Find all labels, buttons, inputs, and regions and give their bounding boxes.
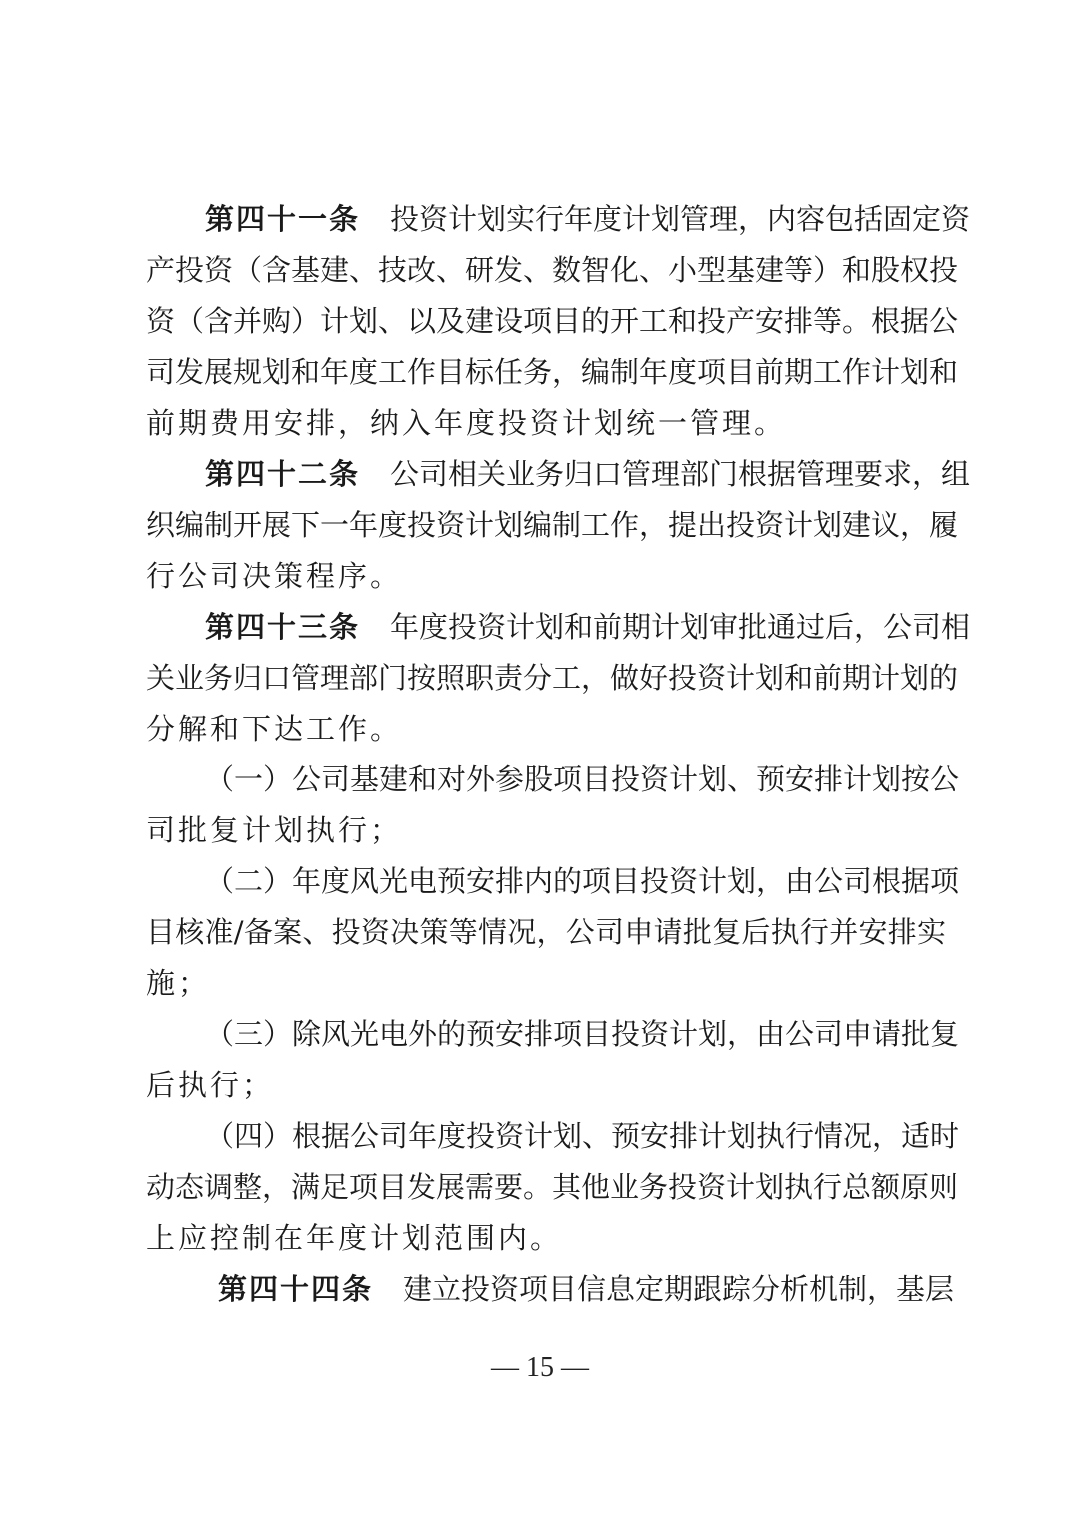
article-44-heading: 第四十四条	[218, 1272, 373, 1306]
article-43-line-1: 第四十三条年度投资计划和前期计划审批通过后，公司相	[205, 602, 946, 653]
article-42-heading: 第四十二条	[205, 457, 360, 491]
article-41-heading: 第四十一条	[205, 202, 360, 236]
article-43-line-2: 关业务归口管理部门按照职责分工，做好投资计划和前期计划的	[146, 653, 946, 704]
article-44-line-1: 第四十四条建立投资项目信息定期跟踪分析机制，基层	[218, 1264, 946, 1315]
document-page: 第四十一条投资计划实行年度计划管理，内容包括固定资 产投资（含基建、技改、研发、…	[0, 0, 1080, 1527]
item-3-line-1: （三）除风光电外的预安排项目投资计划，由公司申请批复	[205, 1009, 946, 1060]
item-4-line-1: （四）根据公司年度投资计划、预安排计划执行情况，适时	[205, 1111, 946, 1162]
article-41-line-5: 前期费用安排，纳入年度投资计划统一管理。	[146, 398, 946, 449]
article-42-line-2: 织编制开展下一年度投资计划编制工作，提出投资计划建议，履	[146, 500, 946, 551]
item-4-line-2: 动态调整，满足项目发展需要。其他业务投资计划执行总额原则	[146, 1162, 946, 1213]
item-2-line-3: 施；	[146, 958, 946, 1009]
item-1-line-2: 司批复计划执行；	[146, 805, 946, 856]
page-number: — 15 —	[0, 1352, 1080, 1384]
article-43-line-3: 分解和下达工作。	[146, 704, 946, 755]
item-1-line-1: （一）公司基建和对外参股项目投资计划、预安排计划按公	[205, 754, 946, 805]
article-43-heading: 第四十三条	[205, 610, 360, 644]
item-2-line-1: （二）年度风光电预安排内的项目投资计划，由公司根据项	[205, 856, 946, 907]
article-41-line-2: 产投资（含基建、技改、研发、数智化、小型基建等）和股权投	[146, 245, 946, 296]
article-42-line-1: 第四十二条公司相关业务归口管理部门根据管理要求，组	[205, 449, 946, 500]
article-41-line-3: 资（含并购）计划、以及建设项目的开工和投产安排等。根据公	[146, 296, 946, 347]
article-42-line-3: 行公司决策程序。	[146, 551, 946, 602]
article-41-line-1: 第四十一条投资计划实行年度计划管理，内容包括固定资	[205, 194, 946, 245]
item-4-line-3: 上应控制在年度计划范围内。	[146, 1213, 946, 1264]
item-3-line-2: 后执行；	[146, 1060, 946, 1111]
article-41-line-4: 司发展规划和年度工作目标任务，编制年度项目前期工作计划和	[146, 347, 946, 398]
item-2-line-2: 目核准/备案、投资决策等情况，公司申请批复后执行并安排实	[146, 907, 946, 958]
